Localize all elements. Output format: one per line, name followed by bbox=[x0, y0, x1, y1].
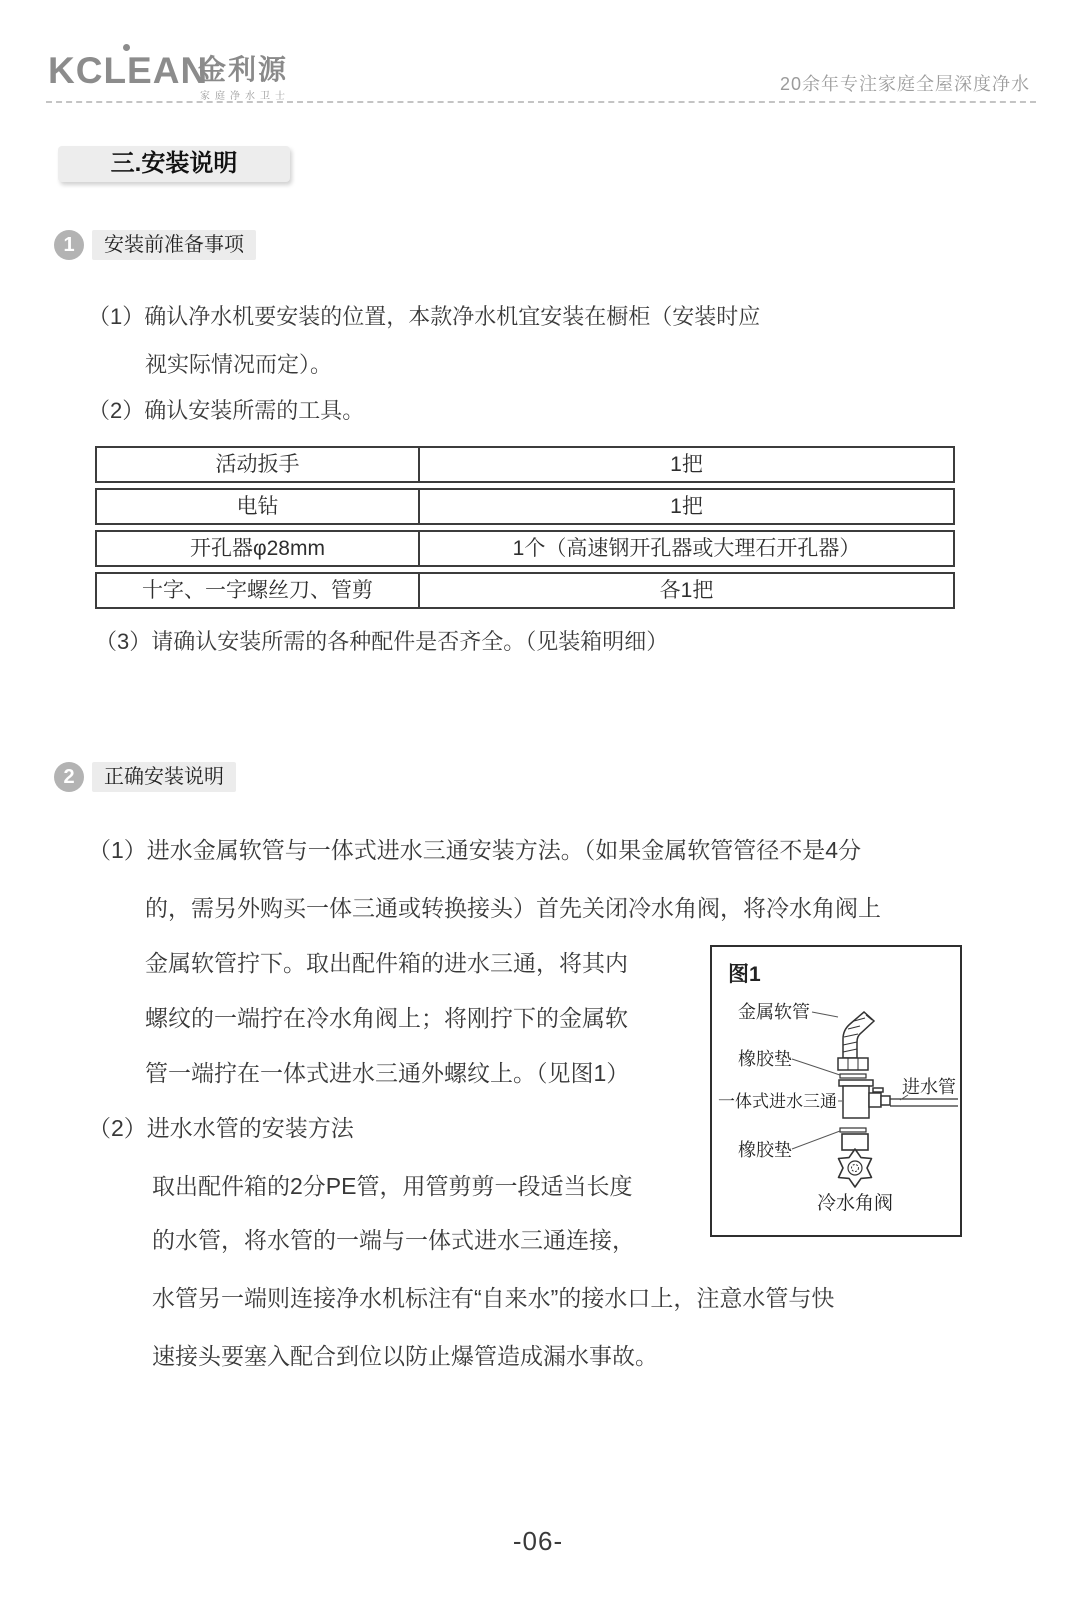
figure-title: 图1 bbox=[728, 963, 761, 986]
table-row: 活动扳手 1把 bbox=[95, 446, 955, 483]
figure1-diagram: 图1 bbox=[712, 947, 960, 1235]
tools-table: 活动扳手 1把 电钻 1把 开孔器φ28mm 1个（高速钢开孔器或大理石开孔器）… bbox=[95, 446, 955, 614]
metal-hose-icon bbox=[843, 1012, 874, 1058]
text-line: 的水管，将水管的一端与一体式进水三通连接， bbox=[152, 1222, 635, 1255]
figure-label-gasket-bottom: 橡胶垫 bbox=[738, 1140, 792, 1160]
logo-dot-icon bbox=[123, 44, 130, 51]
tool-qty: 1把 bbox=[420, 448, 953, 481]
figure-label-valve: 冷水角阀 bbox=[817, 1192, 893, 1214]
text-line: 金属软管拧下。取出配件箱的进水三通，将其内 bbox=[145, 945, 628, 978]
text-line: （3）请确认安装所需的各种配件是否齐全。（见装箱明细） bbox=[95, 625, 668, 656]
brand-logo-chinese: 金利源 bbox=[198, 56, 288, 84]
page-number: -06- bbox=[0, 1526, 1076, 1557]
step2-header: 2 正确安装说明 bbox=[54, 762, 236, 792]
text-line: 的，需另外购买一体三通或转换接头）首先关闭冷水角阀，将冷水角阀上 bbox=[145, 890, 881, 923]
manual-page: KCLEAN 金利源 家庭净水卫士 20余年专注家庭全屋深度净水 三.安装说明 … bbox=[0, 0, 1076, 1600]
text-line: 管一端拧在一体式进水三通外螺纹上。（见图1） bbox=[145, 1055, 629, 1088]
table-row: 开孔器φ28mm 1个（高速钢开孔器或大理石开孔器） bbox=[95, 530, 955, 567]
text-line: （1）进水金属软管与一体式进水三通安装方法。（如果金属软管管径不是4分 bbox=[88, 832, 861, 865]
figure-label-gasket-top: 橡胶垫 bbox=[738, 1049, 792, 1069]
section-title: 三.安装说明 bbox=[58, 146, 290, 182]
brand-slogan: 家庭净水卫士 bbox=[200, 87, 290, 102]
step1-number-badge: 1 bbox=[54, 230, 84, 260]
figure-label-hose: 金属软管 bbox=[738, 1002, 810, 1022]
table-row: 电钻 1把 bbox=[95, 488, 955, 525]
tool-qty: 1个（高速钢开孔器或大理石开孔器） bbox=[420, 532, 953, 565]
text-line: （1）确认净水机要安装的位置，本款净水机宜安装在橱柜（安装时应 bbox=[88, 300, 760, 331]
figure1-box: 图1 bbox=[710, 945, 962, 1237]
step2-title: 正确安装说明 bbox=[92, 762, 236, 792]
text-line: 视实际情况而定）。 bbox=[145, 348, 332, 379]
tool-qty: 各1把 bbox=[420, 574, 953, 607]
tool-name: 开孔器φ28mm bbox=[97, 532, 420, 565]
step1-header: 1 安装前准备事项 bbox=[54, 230, 256, 260]
text-line: 速接头要塞入配合到位以防止爆管造成漏水事故。 bbox=[152, 1338, 658, 1371]
text-line: 螺纹的一端拧在冷水角阀上；将刚拧下的金属软 bbox=[145, 1000, 628, 1033]
hose-nut-icon bbox=[838, 1058, 868, 1070]
text-line: （2）进水水管的安装方法 bbox=[88, 1110, 354, 1143]
tee-fitting-icon bbox=[839, 1080, 890, 1118]
text-line: 水管另一端则连接净水机标注有“自来水”的接水口上，注意水管与快 bbox=[152, 1280, 834, 1313]
figure-label-tee: 一体式进水三通 bbox=[718, 1092, 837, 1111]
text-line: 取出配件箱的2分PE管，用管剪剪一段适当长度 bbox=[152, 1168, 632, 1201]
tool-name: 电钻 bbox=[97, 490, 420, 523]
tool-name: 十字、一字螺丝刀、管剪 bbox=[97, 574, 420, 607]
figure-label-inlet-pipe: 进水管 bbox=[902, 1077, 956, 1097]
table-row: 十字、一字螺丝刀、管剪 各1把 bbox=[95, 572, 955, 609]
tool-name: 活动扳手 bbox=[97, 448, 420, 481]
gasket-top-icon bbox=[840, 1074, 866, 1078]
text-line: （2）确认安装所需的工具。 bbox=[88, 394, 364, 425]
step2-number-badge: 2 bbox=[54, 762, 84, 792]
gasket-bottom-icon bbox=[840, 1128, 866, 1132]
header-tagline: 20余年专注家庭全屋深度净水 bbox=[780, 70, 1030, 96]
header-divider bbox=[46, 101, 1036, 103]
tool-qty: 1把 bbox=[420, 490, 953, 523]
brand-logo: KCLEAN bbox=[48, 50, 208, 92]
step1-title: 安装前准备事项 bbox=[92, 230, 256, 260]
angle-valve-icon bbox=[839, 1134, 872, 1187]
